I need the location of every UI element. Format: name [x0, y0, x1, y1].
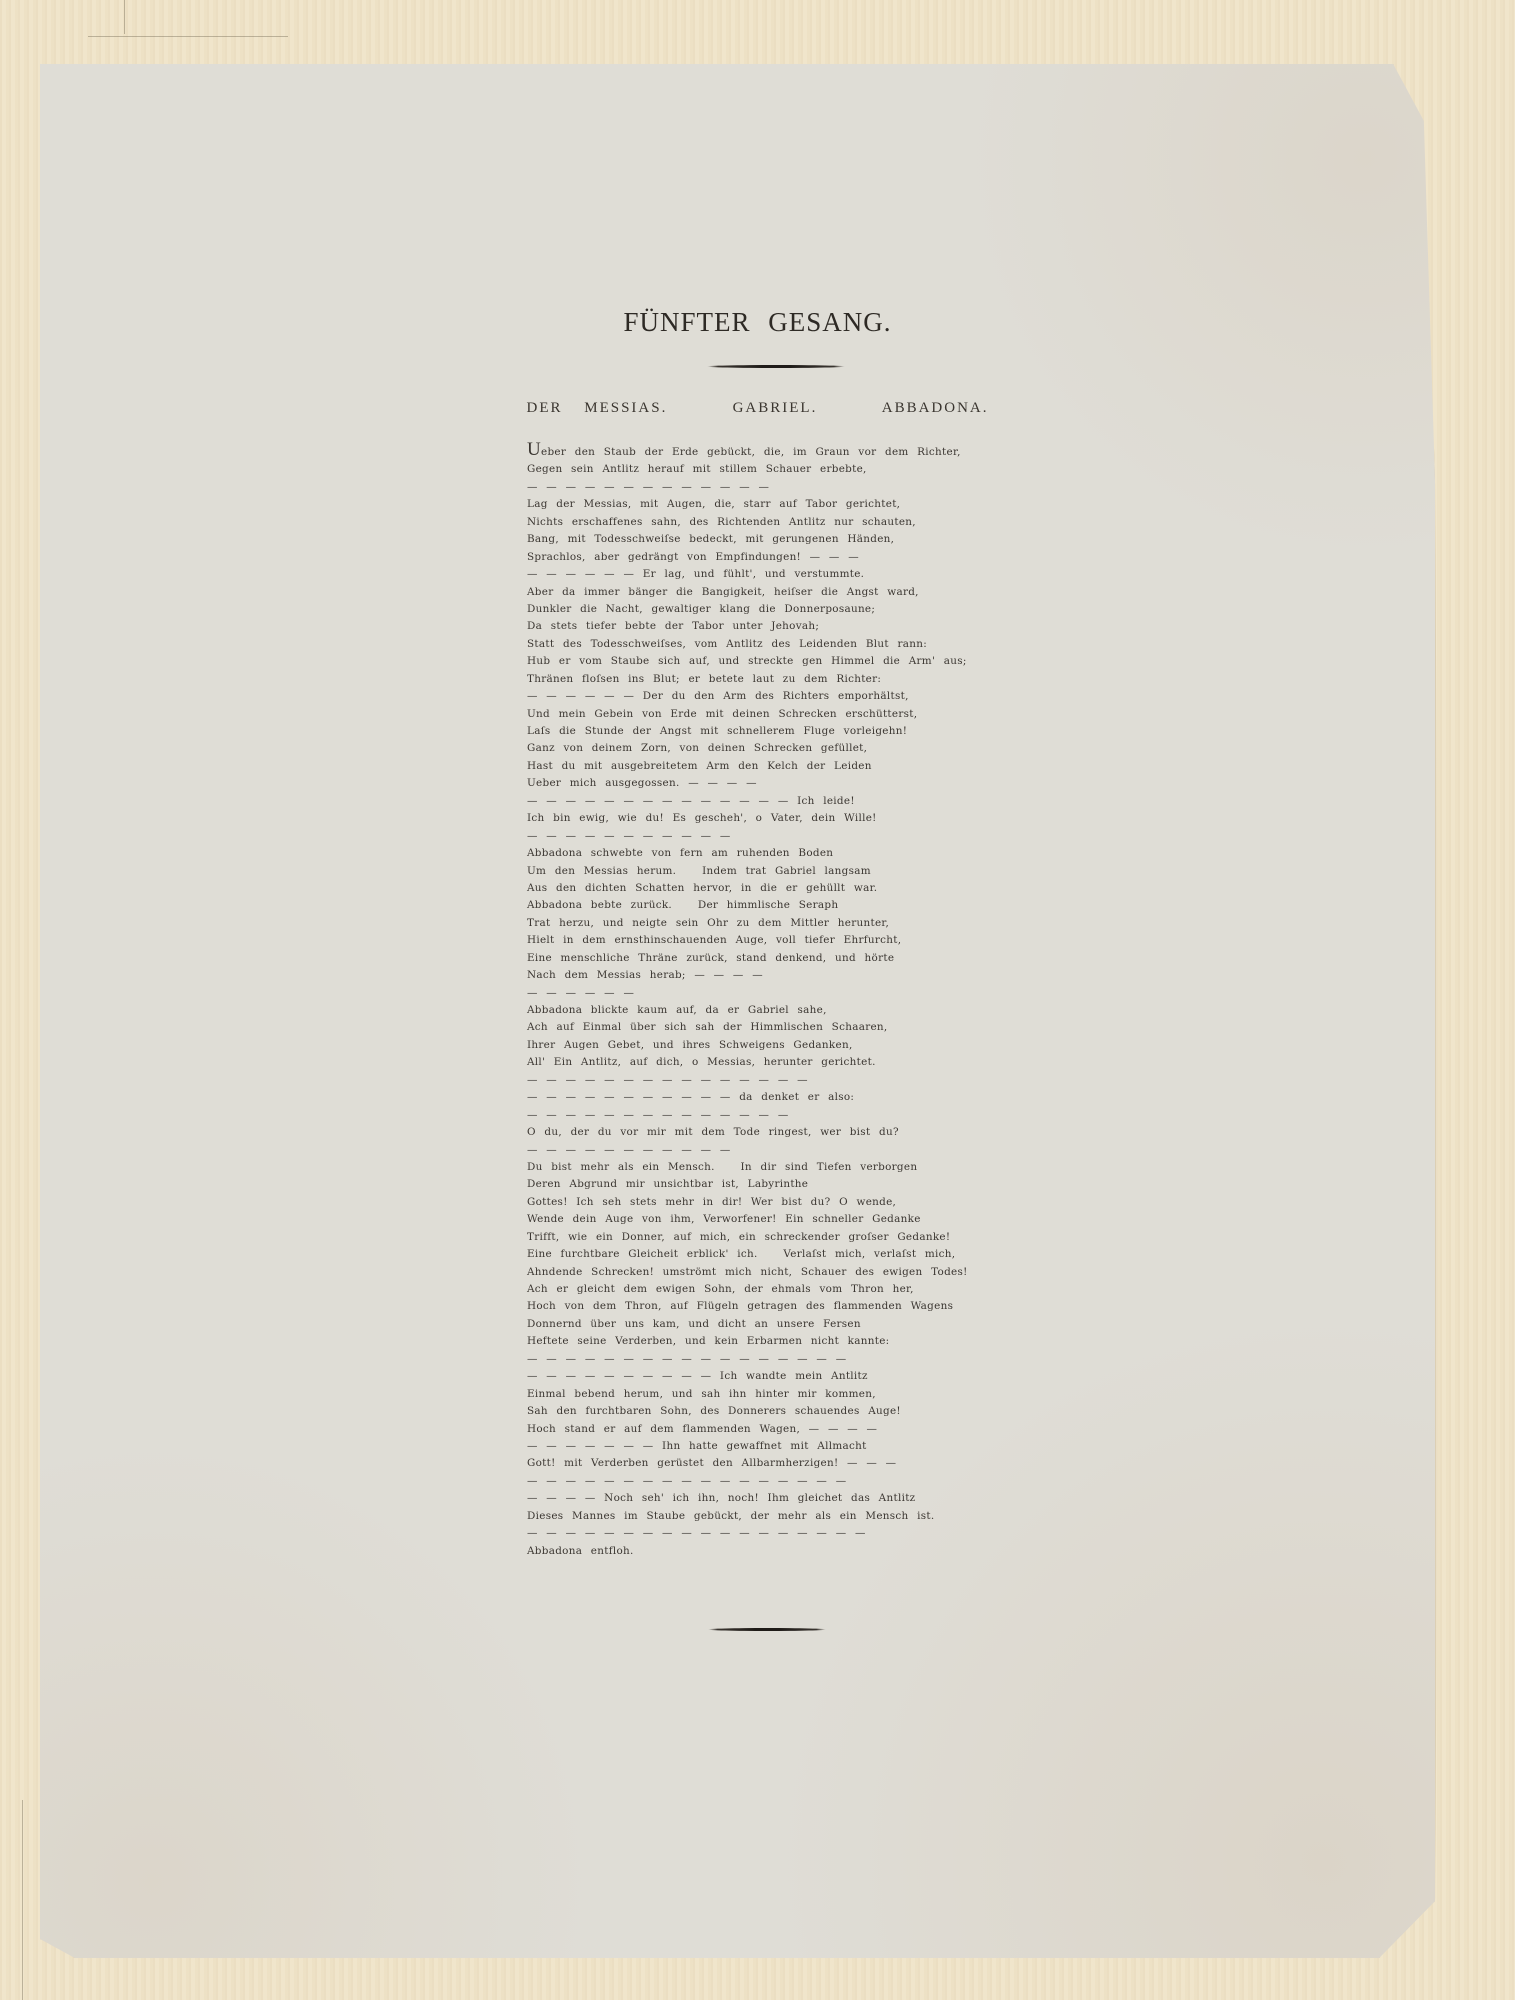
poem-line: Wende dein Auge von ihm, Verworfener! Ei…: [527, 1211, 1027, 1228]
poem-line: Ach er gleicht dem ewigen Sohn, der ehma…: [527, 1281, 1027, 1298]
poem-line: — — — — — — Er lag, und fühlt', und vers…: [527, 566, 1027, 583]
poem-line: Dunkler die Nacht, gewaltiger klang die …: [527, 601, 1027, 618]
board-pencil-line: [22, 1800, 23, 2000]
persons-heading: DER MESSIAS. GABRIEL. ABBADONA.: [0, 400, 1515, 417]
ornamental-rule-top: [707, 365, 845, 368]
poem-line: Thränen floſsen ins Blut; er betete laut…: [527, 671, 1027, 688]
dash-line: — — — — — — — — — — — — — —: [527, 1107, 1027, 1124]
poem-line: Nach dem Messias herab; — — — —: [527, 967, 1027, 984]
poem-line: Trifft, wie ein Donner, auf mich, ein sc…: [527, 1229, 1027, 1246]
poem-line: Hielt in dem ernsthinschauenden Auge, vo…: [527, 932, 1027, 949]
poem-line: Deren Abgrund mir unsichtbar ist, Labyri…: [527, 1176, 1027, 1193]
poem-line: Ihrer Augen Gebet, und ihres Schweigens …: [527, 1037, 1027, 1054]
board-pencil-line: [124, 0, 125, 34]
poem-line: Hub er vom Staube sich auf, und streckte…: [527, 653, 1027, 670]
poem-line: Du bist mehr als ein Mensch. In dir sind…: [527, 1159, 1027, 1176]
poem-line: Nichts erschaffenes sahn, des Richtenden…: [527, 514, 1027, 531]
dash-line: — — — — — — — — — — — — — — — — —: [527, 1351, 1027, 1368]
poem-line: Einmal bebend herum, und sah ihn hinter …: [527, 1386, 1027, 1403]
poem-line: Bang, mit Todesschweiſse bedeckt, mit ge…: [527, 531, 1027, 548]
poem-line: Und mein Gebein von Erde mit deinen Schr…: [527, 706, 1027, 723]
poem-line: Eine furchtbare Gleicheit erblick' ich. …: [527, 1246, 1027, 1263]
board-pencil-line: [88, 36, 288, 37]
dash-line: — — — — — — — — — — — — — — —: [527, 1072, 1027, 1089]
poem-line: Hast du mit ausgebreitetem Arm den Kelch…: [527, 758, 1027, 775]
poem-line: Gott! mit Verderben gerüstet den Allbarm…: [527, 1455, 1027, 1472]
drop-cap: U: [527, 439, 541, 460]
poem-line: Dieses Mannes im Staube gebückt, der meh…: [527, 1508, 1027, 1525]
poem-line: Heftete seine Verderben, und kein Erbarm…: [527, 1333, 1027, 1350]
dash-line: — — — — — — — — — — — — —: [527, 479, 1027, 496]
poem-line: Gottes! Ich seh stets mehr in dir! Wer b…: [527, 1194, 1027, 1211]
poem-line: Sah den furchtbaren Sohn, des Donnerers …: [527, 1403, 1027, 1420]
page-title: FÜNFTER GESANG.: [0, 307, 1515, 338]
poem-line: Ach auf Einmal über sich sah der Himmlis…: [527, 1019, 1027, 1036]
poem-line: Aus den dichten Schatten hervor, in die …: [527, 880, 1027, 897]
poem-line: Eine menschliche Thräne zurück, stand de…: [527, 950, 1027, 967]
poem-line: — — — — — — — Ihn hatte gewaffnet mit Al…: [527, 1438, 1027, 1455]
poem-line: — — — — — — — — — — — — — — Ich leide!: [527, 793, 1027, 810]
poem-line: Hoch von dem Thron, auf Flügeln getragen…: [527, 1298, 1027, 1315]
poem-line: Lag der Messias, mit Augen, die, starr a…: [527, 496, 1027, 513]
dash-line: — — — — — — — — — — — — — — — — —: [527, 1473, 1027, 1490]
poem-body: Ueber den Staub der Erde gebückt, die, i…: [527, 444, 1027, 1560]
poem-line-first: Ueber den Staub der Erde gebückt, die, i…: [527, 444, 1027, 461]
poem-line: Ich bin ewig, wie du! Es gescheh', o Vat…: [527, 810, 1027, 827]
poem-line: O du, der du vor mir mit dem Tode ringes…: [527, 1124, 1027, 1141]
poem-line: Um den Messias herum. Indem trat Gabriel…: [527, 863, 1027, 880]
poem-line: Statt des Todesschweiſses, vom Antlitz d…: [527, 636, 1027, 653]
poem-line: Aber da immer bänger die Bangigkeit, hei…: [527, 584, 1027, 601]
poem-line: Abbadona entfloh.: [527, 1543, 1027, 1560]
poem-line: Gegen sein Antlitz herauf mit stillem Sc…: [527, 461, 1027, 478]
poem-line: All' Ein Antlitz, auf dich, o Messias, h…: [527, 1054, 1027, 1071]
poem-line: — — — — Noch seh' ich ihn, noch! Ihm gle…: [527, 1490, 1027, 1507]
poem-line: Sprachlos, aber gedrängt von Empfindunge…: [527, 549, 1027, 566]
poem-line: Ganz von deinem Zorn, von deinen Schreck…: [527, 740, 1027, 757]
poem-line: Abbadona schwebte von fern am ruhenden B…: [527, 845, 1027, 862]
first-line-text: eber den Staub der Erde gebückt, die, im…: [541, 446, 961, 458]
poem-line: Trat herzu, und neigte sein Ohr zu dem M…: [527, 915, 1027, 932]
poem-line: Laſs die Stunde der Angst mit schnellere…: [527, 723, 1027, 740]
poem-line: Abbadona bebte zurück. Der himmlische Se…: [527, 897, 1027, 914]
poem-line: Ueber mich ausgegossen. — — — —: [527, 775, 1027, 792]
dash-line: — — — — — — — — — — —: [527, 828, 1027, 845]
dash-line: — — — — — — — — — — —: [527, 1142, 1027, 1159]
dash-line: — — — — — —: [527, 985, 1027, 1002]
poem-line: — — — — — — — — — — Ich wandte mein Antl…: [527, 1368, 1027, 1385]
poem-line: Da stets tiefer bebte der Tabor unter Je…: [527, 618, 1027, 635]
poem-line: — — — — — — — — — — — da denket er also:: [527, 1089, 1027, 1106]
poem-line: — — — — — — Der du den Arm des Richters …: [527, 688, 1027, 705]
ornamental-rule-bottom: [708, 1628, 826, 1631]
dash-line: — — — — — — — — — — — — — — — — — —: [527, 1525, 1027, 1542]
poem-line: Hoch stand er auf dem flammenden Wagen, …: [527, 1421, 1027, 1438]
poem-line: Ahndende Schrecken! umströmt mich nicht,…: [527, 1264, 1027, 1281]
poem-line: Donnernd über uns kam, und dicht an unse…: [527, 1316, 1027, 1333]
poem-line: Abbadona blickte kaum auf, da er Gabriel…: [527, 1002, 1027, 1019]
